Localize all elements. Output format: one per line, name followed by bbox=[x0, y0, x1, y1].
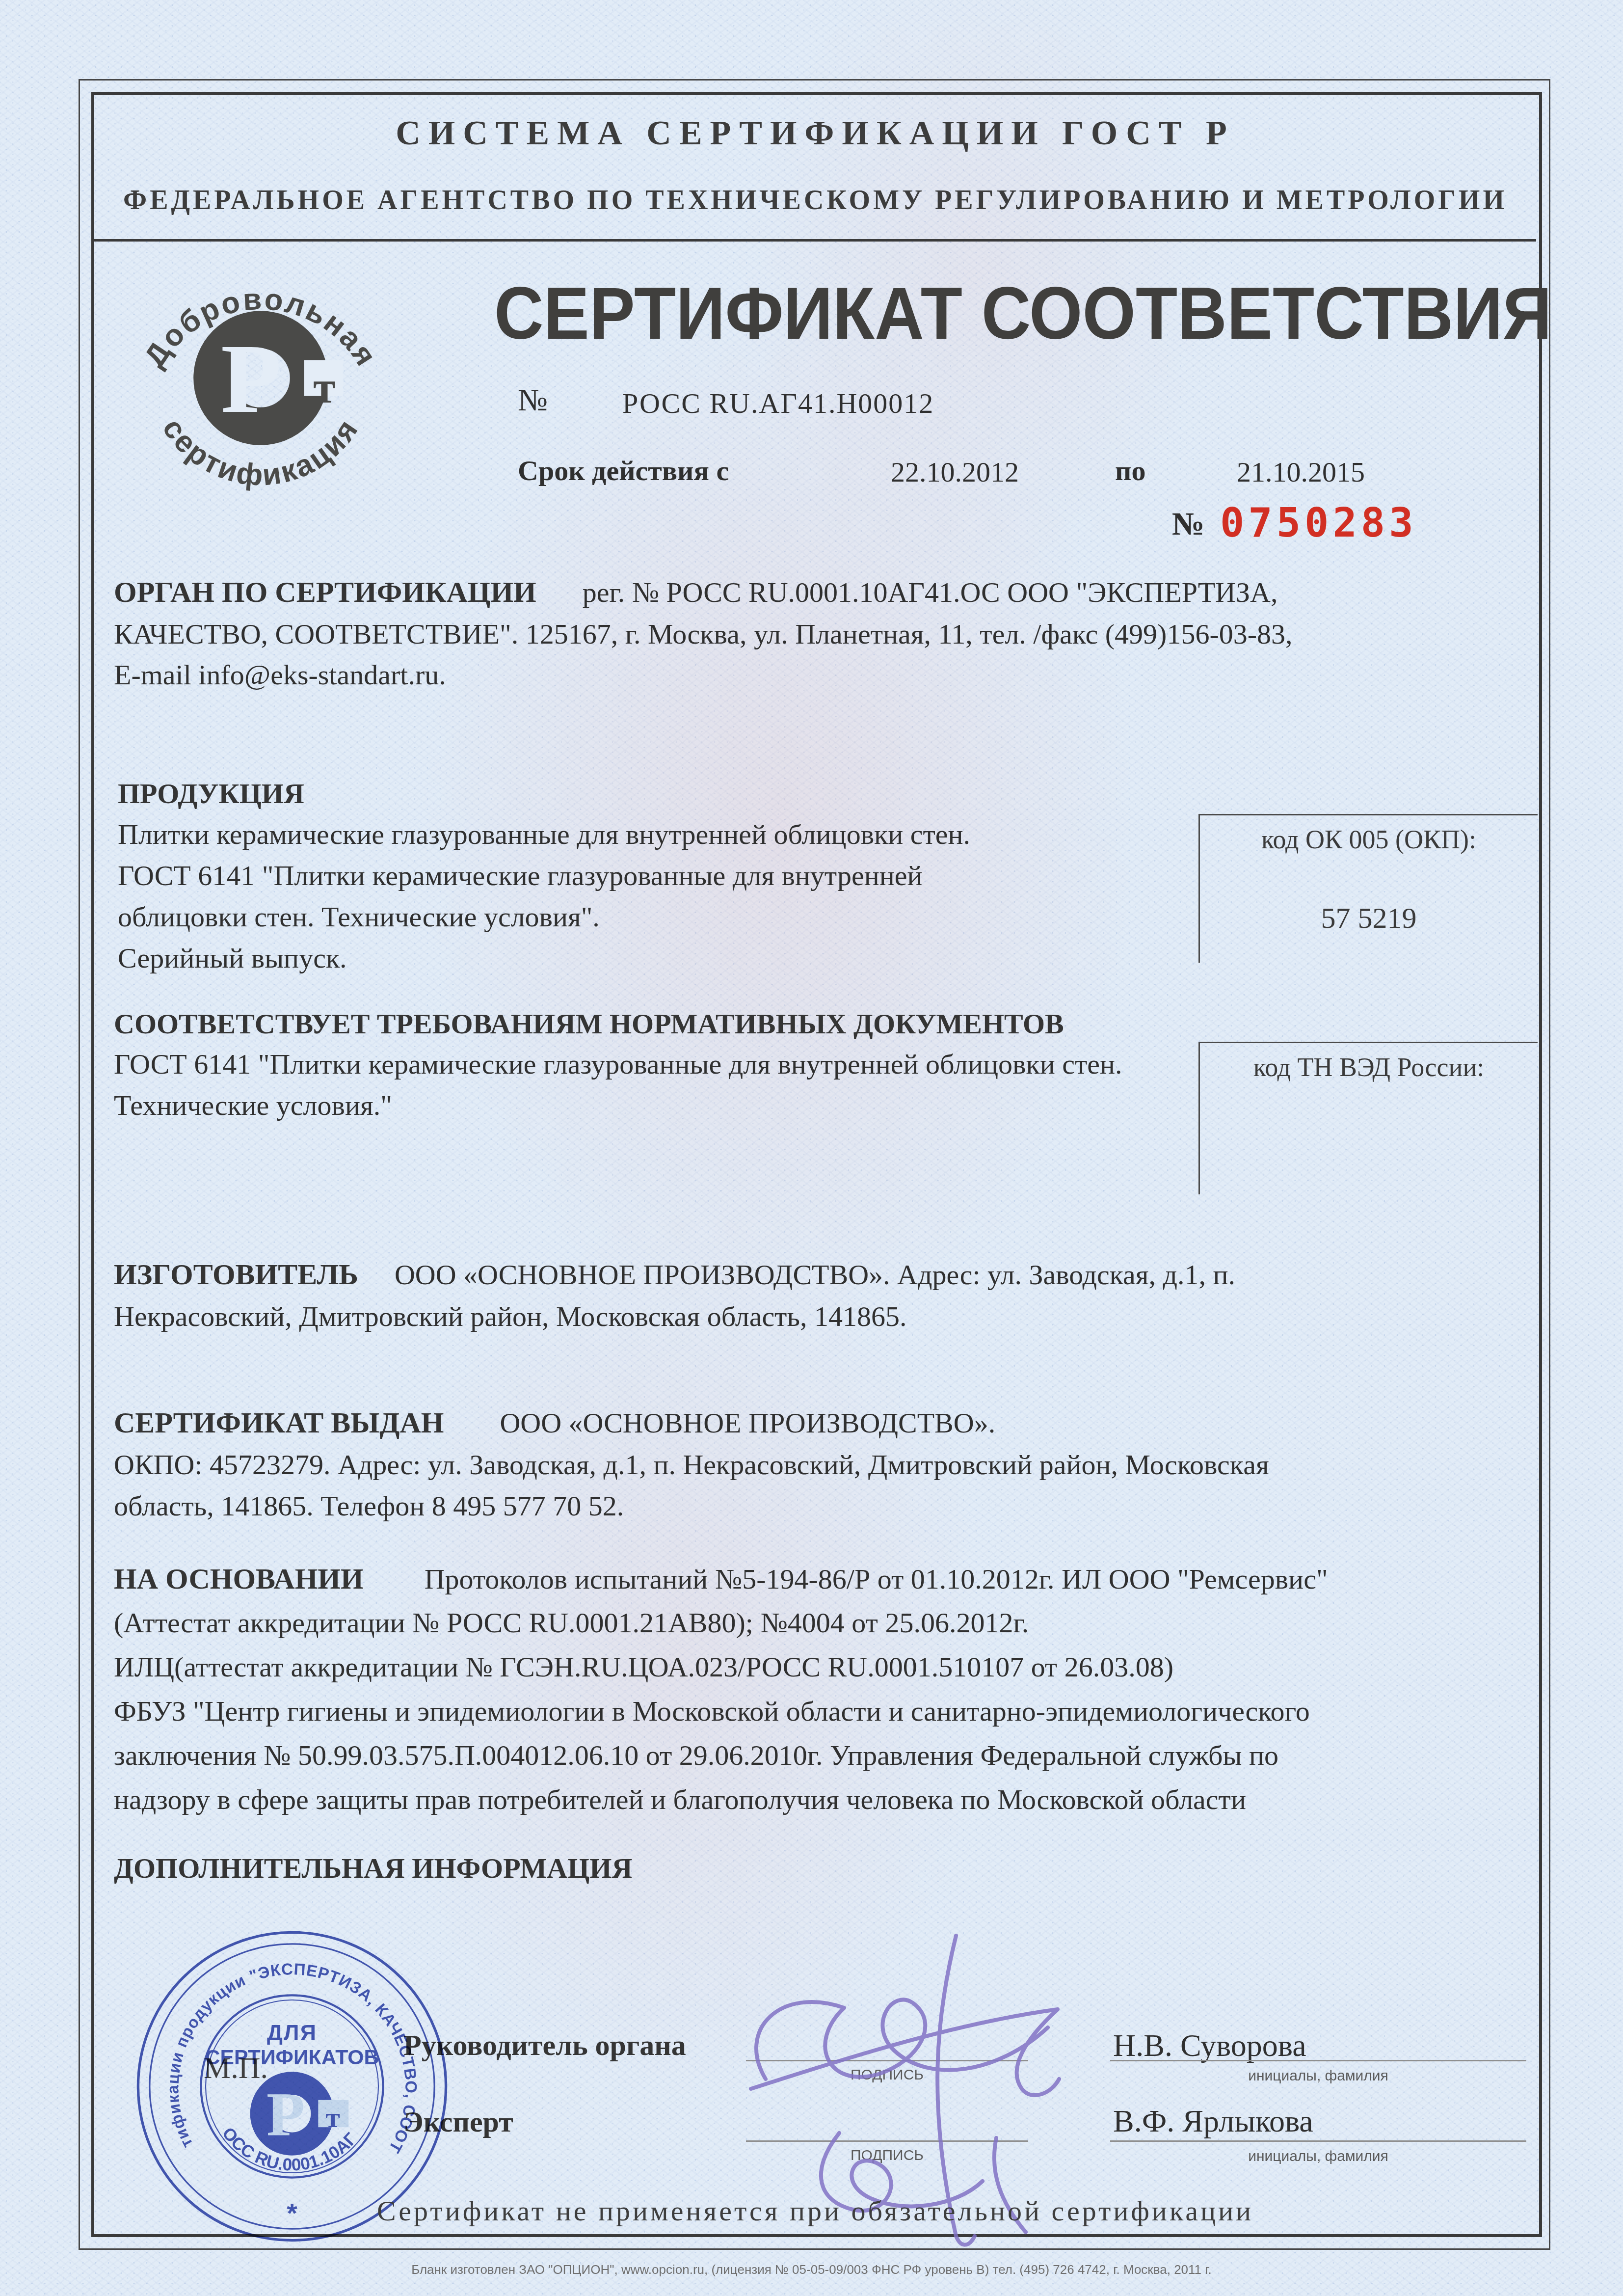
validity-label: Срок действия с bbox=[518, 454, 729, 487]
bottom-note: Сертификат не применяется при обязательн… bbox=[94, 2194, 1536, 2227]
issued-to-line2: ОКПО: 45723279. Адрес: ул. Заводская, д.… bbox=[114, 1448, 1269, 1481]
validity-to-date: 21.10.2015 bbox=[1237, 456, 1365, 488]
basis-label: НА ОСНОВАНИИ bbox=[114, 1563, 364, 1595]
basis-line: (Аттестат аккредитации № РОСС RU.0001.21… bbox=[114, 1606, 1029, 1639]
conformity-label: СООТВЕТСТВУЕТ ТРЕБОВАНИЯМ НОРМАТИВНЫХ ДО… bbox=[114, 1007, 1064, 1040]
okp-code-value: 57 5219 bbox=[1200, 901, 1538, 935]
expert-name-caption: инициалы, фамилия bbox=[1110, 2148, 1526, 2165]
cert-no-sign: № bbox=[518, 382, 548, 418]
head-name-line bbox=[1110, 2060, 1526, 2061]
issued-to-label: СЕРТИФИКАТ ВЫДАН bbox=[114, 1406, 444, 1439]
organ-line1: рег. № РОСС RU.0001.10АГ41.ОС ООО "ЭКСПЕ… bbox=[583, 576, 1278, 608]
stamp-letter-p: Р bbox=[266, 2080, 305, 2149]
product-label: ПРОДУКЦИЯ bbox=[118, 777, 304, 810]
manufacturer-label: ИЗГОТОВИТЕЛЬ bbox=[114, 1258, 358, 1291]
okp-code-label: код ОК 005 (ОКП): bbox=[1200, 824, 1538, 855]
blank-number: 0750283 bbox=[1220, 500, 1417, 546]
certificate-title: СЕРТИФИКАТ СООТВЕТСТВИЯ bbox=[494, 271, 1498, 356]
issued-to-line1: ООО «ОСНОВНОЕ ПРОИЗВОДСТВО». bbox=[500, 1407, 995, 1439]
tnved-code-box: код ТН ВЭД России: bbox=[1198, 1042, 1538, 1194]
validity-from-date: 22.10.2012 bbox=[891, 456, 1019, 488]
agency-title: ФЕДЕРАЛЬНОЕ АГЕНТСТВО ПО ТЕХНИЧЕСКОМУ РЕ… bbox=[94, 185, 1536, 216]
tnved-code-label: код ТН ВЭД России: bbox=[1200, 1052, 1538, 1082]
blank-imprint: Бланк изготовлен ЗАО "ОПЦИОН", www.opcio… bbox=[0, 2262, 1623, 2277]
cert-number: РОСС RU.АГ41.Н00012 bbox=[622, 387, 934, 420]
certificate-page: СИСТЕМА СЕРТИФИКАЦИИ ГОСТ Р ФЕДЕРАЛЬНОЕ … bbox=[0, 0, 1623, 2296]
basis-line: надзору в сфере защиты прав потребителей… bbox=[114, 1783, 1246, 1816]
organ-line3: E-mail info@eks-standart.ru. bbox=[114, 658, 446, 691]
stamp-inner-top2: СЕРТИФИКАТОВ bbox=[205, 2046, 379, 2069]
head-name-caption: инициалы, фамилия bbox=[1110, 2068, 1526, 2084]
organ-line2: КАЧЕСТВО, СООТВЕТСТВИЕ". 125167, г. Моск… bbox=[114, 618, 1293, 650]
system-title: СИСТЕМА СЕРТИФИКАЦИИ ГОСТ Р bbox=[94, 114, 1536, 153]
conformity-line: Технические условия." bbox=[114, 1089, 392, 1122]
basis-line: заключения № 50.99.03.575.П.004012.06.10… bbox=[114, 1739, 1278, 1772]
head-signature-stroke bbox=[756, 1999, 1048, 2079]
basis-line1: Протоколов испытаний №5-194-86/Р от 01.1… bbox=[425, 1563, 1328, 1595]
blank-no-sign: № bbox=[1172, 506, 1204, 543]
manufacturer-line2: Некрасовский, Дмитровский район, Московс… bbox=[114, 1300, 906, 1333]
additional-info-label: ДОПОЛНИТЕЛЬНАЯ ИНФОРМАЦИЯ bbox=[114, 1852, 632, 1885]
stamp-inner-top1: ДЛЯ bbox=[267, 2021, 317, 2045]
product-line: Плитки керамические глазурованные для вн… bbox=[118, 818, 970, 851]
logo-letter-p: Р bbox=[221, 324, 282, 433]
organ-label: ОРГАН ПО СЕРТИФИКАЦИИ bbox=[114, 576, 536, 608]
stamp-letter-t: т bbox=[326, 2101, 340, 2134]
okp-code-box: код ОК 005 (ОКП): 57 5219 bbox=[1198, 814, 1538, 963]
product-line: Серийный выпуск. bbox=[118, 942, 347, 974]
basis-line: ФБУЗ "Центр гигиены и эпидемиологии в Мо… bbox=[114, 1695, 1310, 1728]
basis-line: ИЛЦ(аттестат аккредитации № ГСЭН.RU.ЦОА.… bbox=[114, 1650, 1173, 1683]
issued-to-line3: область, 141865. Телефон 8 495 577 70 52… bbox=[114, 1489, 624, 1522]
logo-letter-t: т bbox=[313, 363, 335, 413]
rst-logo-icon: Р т Добровольная сертификация bbox=[119, 242, 402, 516]
conformity-line: ГОСТ 6141 "Плитки керамические глазурова… bbox=[114, 1048, 1122, 1080]
product-line: облицовки стен. Технические условия". bbox=[118, 900, 600, 933]
validity-to-label: по bbox=[1115, 454, 1145, 487]
product-line: ГОСТ 6141 "Плитки керамические глазурова… bbox=[118, 859, 923, 892]
expert-name-line bbox=[1110, 2140, 1526, 2142]
manufacturer-line1: ООО «ОСНОВНОЕ ПРОИЗВОДСТВО». Адрес: ул. … bbox=[395, 1259, 1235, 1291]
